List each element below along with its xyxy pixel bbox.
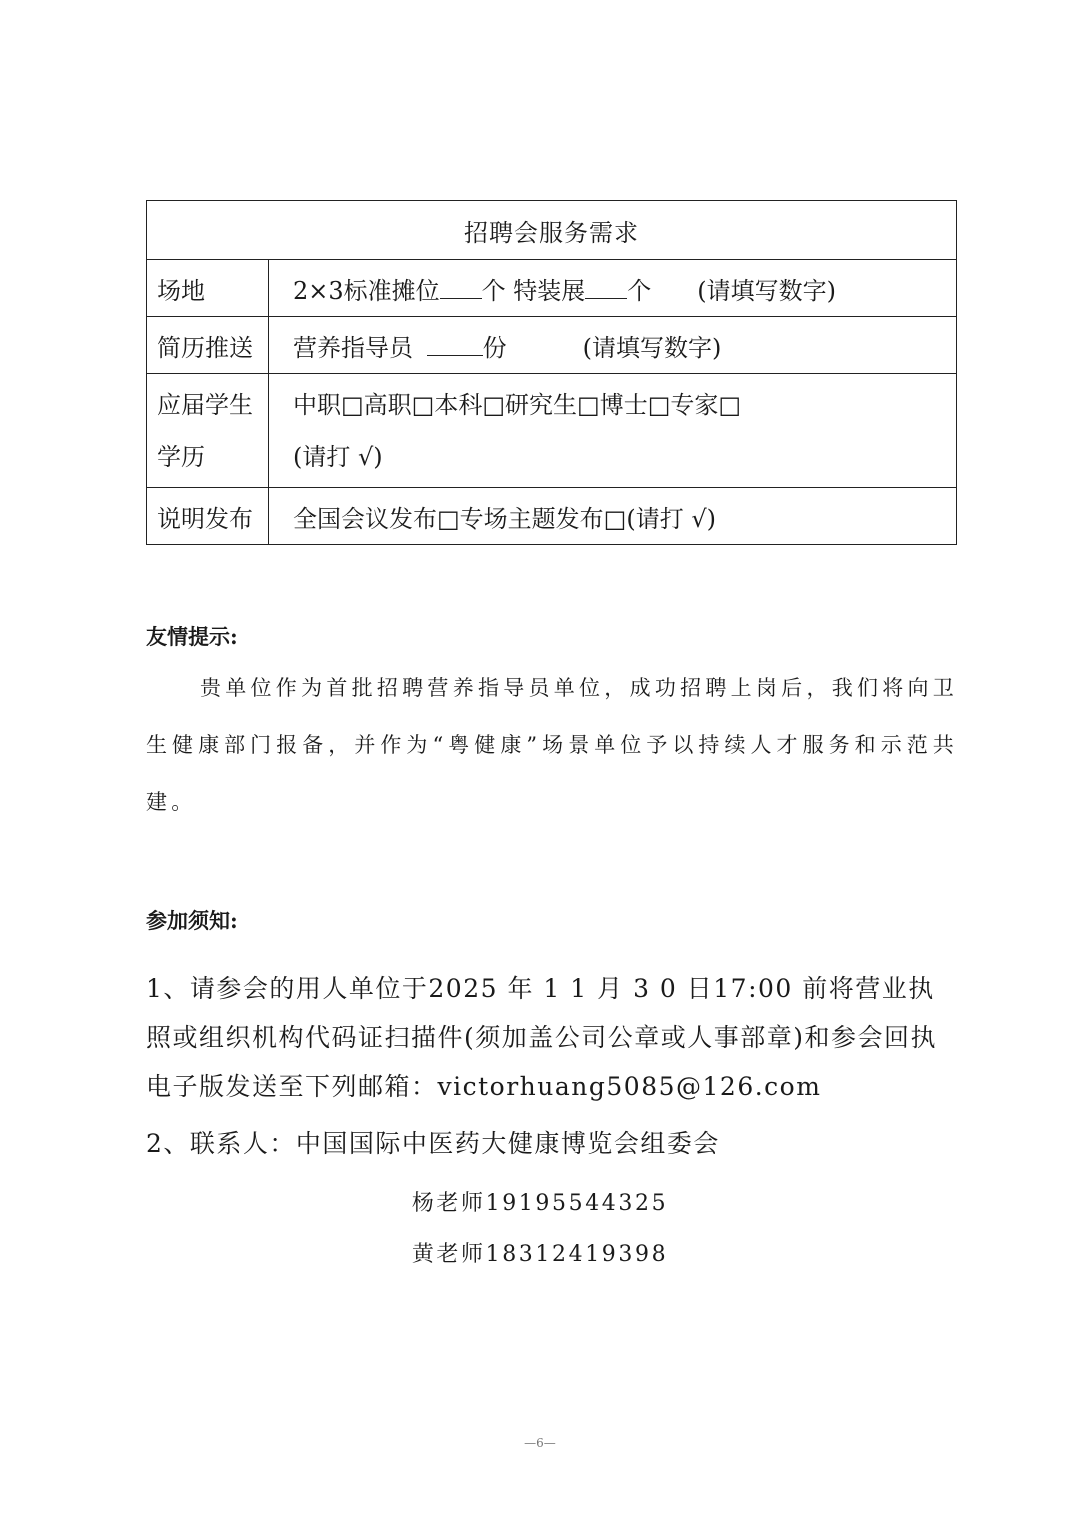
- standard-booth-count-field[interactable]: [440, 274, 482, 299]
- table-title: 招聘会服务需求: [147, 201, 957, 260]
- copies-label: 份: [483, 334, 507, 362]
- row-label: 说明发布: [147, 488, 269, 545]
- contact-yang: 杨老师19195544325: [0, 1186, 1080, 1217]
- fill-number-hint: (请填写数字): [583, 334, 722, 362]
- table-row-education: 应届学生 学历 中职□高职□本科□研究生□博士□专家□ (请打 √): [147, 374, 957, 488]
- row-label-line2: 学历: [157, 431, 268, 483]
- table-row-venue: 场地 2×3标准摊位个 特装展个(请填写数字): [147, 260, 957, 317]
- row-label: 简历推送: [147, 317, 269, 374]
- contact-huang: 黄老师18312419398: [0, 1237, 1080, 1268]
- row-label: 场地: [147, 260, 269, 317]
- unit-label: 个: [627, 277, 651, 305]
- education-options[interactable]: 中职□高职□本科□研究生□博士□专家□ (请打 √): [269, 374, 957, 488]
- row-label: 应届学生 学历: [147, 374, 269, 488]
- nutrition-guide-label: 营养指导员: [293, 334, 421, 362]
- check-hint: (请打 √): [293, 431, 956, 483]
- table-row-resume: 简历推送 营养指导员 份(请填写数字): [147, 317, 957, 374]
- special-booth-label: 个 特装展: [482, 277, 586, 305]
- publish-checkbox-options[interactable]: 全国会议发布□专场主题发布□(请打 √): [269, 488, 957, 545]
- fill-number-hint: (请填写数字): [697, 277, 836, 305]
- service-requirements-table: 招聘会服务需求 场地 2×3标准摊位个 特装展个(请填写数字) 简历推送 营养指…: [146, 200, 957, 545]
- notice-item-2: 2、联系人：中国国际中医药大健康博览会组委会: [146, 1119, 958, 1168]
- tips-body: 贵单位作为首批招聘营养指导员单位，成功招聘上岗后，我们将向卫生健康部门报备，并作…: [146, 660, 958, 831]
- notice-heading: 参加须知:: [146, 905, 238, 935]
- resume-value: 营养指导员 份(请填写数字): [269, 317, 957, 374]
- notice-item-1: 1、请参会的用人单位于2025 年 1 1 月 3 0 日17:00 前将营业执…: [146, 964, 958, 1111]
- row-label-line1: 应届学生: [157, 379, 268, 431]
- tips-heading: 友情提示:: [146, 621, 238, 651]
- venue-value: 2×3标准摊位个 特装展个(请填写数字): [269, 260, 957, 317]
- table-row-publish: 说明发布 全国会议发布□专场主题发布□(请打 √): [147, 488, 957, 545]
- standard-booth-label: 2×3标准摊位: [293, 277, 440, 305]
- resume-count-field[interactable]: [427, 331, 483, 356]
- education-checkbox-options[interactable]: 中职□高职□本科□研究生□博士□专家□: [293, 379, 956, 431]
- special-booth-count-field[interactable]: [585, 274, 627, 299]
- page-number: —6—: [0, 1436, 1080, 1450]
